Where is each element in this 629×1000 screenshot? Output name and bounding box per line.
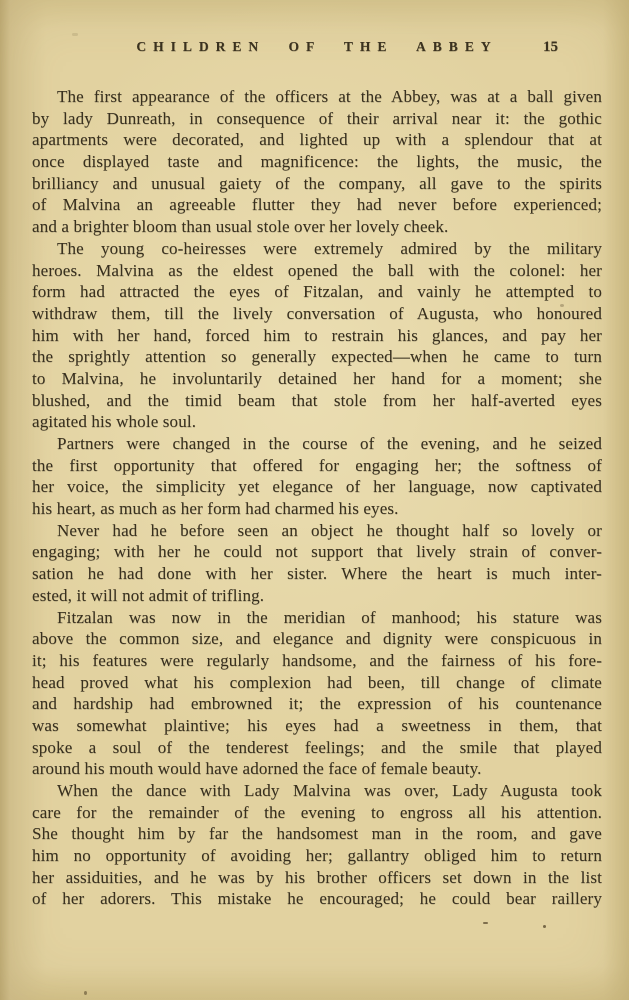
text-line: The first appearance of the officers at … <box>32 86 602 108</box>
text-line: his heart, as much as her form had charm… <box>32 498 602 520</box>
text-line: to Malvina, he involuntarily detained he… <box>32 368 602 390</box>
text-line: blushed, and the timid beam that stole f… <box>32 390 602 412</box>
text-line: care for the remainder of the evening to… <box>32 802 602 824</box>
text-line: her voice, the simplicity yet elegance o… <box>32 476 602 498</box>
text-line: engaging; with her he could not support … <box>32 541 602 563</box>
running-header-title: CHILDREN OF THE ABBEY <box>32 38 602 56</box>
text-line: the sprightly attention so generally exp… <box>32 346 602 368</box>
text-line: withdraw them, till the lively conversat… <box>32 303 602 325</box>
book-page-scan: CHILDREN OF THE ABBEY 15 The first appea… <box>0 0 629 1000</box>
text-line: him no opportunity of avoiding her; gall… <box>32 845 602 867</box>
text-line: ested, it will not admit of trifling. <box>32 585 602 607</box>
running-header: CHILDREN OF THE ABBEY 15 <box>32 38 602 58</box>
text-line: around his mouth would have adorned the … <box>32 758 602 780</box>
text-line: brilliancy and unusual gaiety of the com… <box>32 173 602 195</box>
text-line: Fitzalan was now in the meridian of manh… <box>32 607 602 629</box>
text-line: The young co-heiresses were extremely ad… <box>32 238 602 260</box>
text-line: heroes. Malvina as the eldest opened the… <box>32 260 602 282</box>
scan-speck <box>72 33 78 36</box>
paragraph: The young co-heiresses were extremely ad… <box>32 238 602 433</box>
paragraph: The first appearance of the officers at … <box>32 86 602 238</box>
text-line: She thought him by far the handsomest ma… <box>32 823 602 845</box>
text-line: sation he had done with her sister. Wher… <box>32 563 602 585</box>
paragraph: When the dance with Lady Malvina was ove… <box>32 780 602 910</box>
scan-speck <box>483 922 488 924</box>
scan-speck <box>560 304 564 307</box>
text-line: head proved what his complexion had been… <box>32 672 602 694</box>
text-line: by lady Dunreath, in consequence of thei… <box>32 108 602 130</box>
text-line: and a brighter bloom than usual stole ov… <box>32 216 602 238</box>
body-text: The first appearance of the officers at … <box>32 86 602 910</box>
text-line: him with her hand, forced him to restrai… <box>32 325 602 347</box>
page-number: 15 <box>543 38 558 56</box>
scan-speck <box>543 925 546 928</box>
text-line: apartments were decorated, and lighted u… <box>32 129 602 151</box>
text-line: Partners were changed in the course of t… <box>32 433 602 455</box>
paragraph: Partners were changed in the course of t… <box>32 433 602 520</box>
text-line: above the common size, and elegance and … <box>32 628 602 650</box>
text-line: of her adorers. This mistake he encourag… <box>32 888 602 910</box>
paragraph: Fitzalan was now in the meridian of manh… <box>32 607 602 781</box>
text-line: of Malvina an agreeable flutter they had… <box>32 194 602 216</box>
text-line: form had attracted the eyes of Fitzalan,… <box>32 281 602 303</box>
text-line: Never had he before seen an object he th… <box>32 520 602 542</box>
text-line: agitated his whole soul. <box>32 411 602 433</box>
paragraph: Never had he before seen an object he th… <box>32 520 602 607</box>
scan-speck <box>84 991 87 995</box>
text-line: When the dance with Lady Malvina was ove… <box>32 780 602 802</box>
text-line: it; his features were regularly handsome… <box>32 650 602 672</box>
text-line: the first opportunity that offered for e… <box>32 455 602 477</box>
text-line: spoke a soul of the tenderest feelings; … <box>32 737 602 759</box>
text-line: her assiduities, and he was by his broth… <box>32 867 602 889</box>
text-line: was somewhat plaintive; his eyes had a s… <box>32 715 602 737</box>
text-line: once displayed taste and magnificence: t… <box>32 151 602 173</box>
text-line: and hardship had embrowned it; the expre… <box>32 693 602 715</box>
